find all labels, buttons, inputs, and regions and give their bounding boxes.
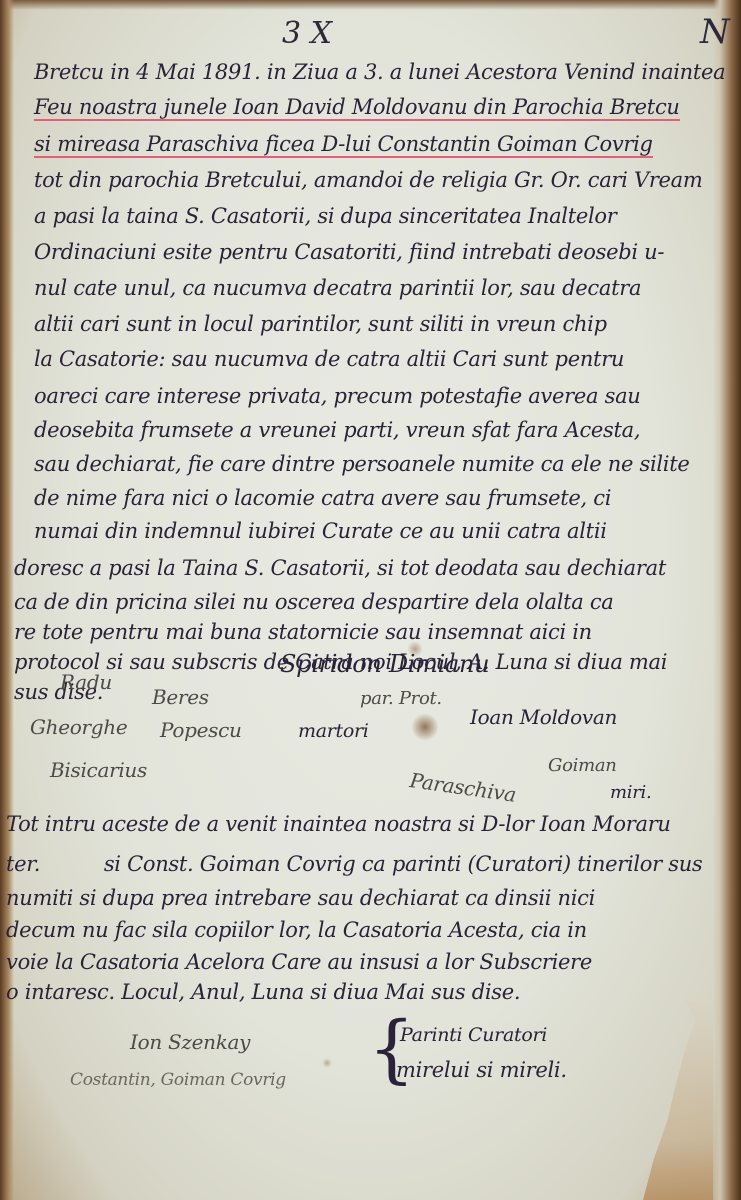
page-edge-left <box>0 0 14 1200</box>
body-line-11: deosebita frumsete a vreunei parti, vreu… <box>34 418 640 442</box>
parent-2-signature: Costantin, Goiman Covrig <box>70 1070 286 1090</box>
witnesses-label: martori <box>298 720 369 742</box>
second-line-2: ter. si Const. Goiman Covrig ca parinti … <box>6 852 702 876</box>
body-line-7: nul cate unul, ca nucumva decatra parint… <box>34 276 641 300</box>
page-mark-number: 3 X <box>282 16 332 51</box>
witness-radu: Radu <box>60 670 112 694</box>
body-line-6: Ordinaciuni esite pentru Casatoriti, fii… <box>34 240 664 264</box>
groom-entry: Feu noastra junele Ioan David Moldovanu … <box>34 95 680 121</box>
page-edge-top <box>0 0 741 10</box>
priest-title: par. Prot. <box>360 688 442 709</box>
parents-label-2: mirelui si mireli. <box>396 1058 567 1082</box>
witness-gheorghe: Gheorghe <box>30 715 127 739</box>
body-line-1: Bretcu in 4 Mai 1891. in Ziua a 3. a lun… <box>34 60 725 84</box>
body-line-17: re tote pentru mai buna statornicie sau … <box>14 620 592 644</box>
body-line-4: tot din parochia Bretcului, amandoi de r… <box>34 168 703 192</box>
priest-signature: Spiridon Dimianu <box>280 650 489 678</box>
body-line-2: Feu noastra junele Ioan David Moldovanu … <box>34 95 680 119</box>
body-line-14: numai din indemnul iubirei Curate ce au … <box>34 519 607 543</box>
body-line-13: de nime fara nici o lacomie catra avere … <box>34 486 611 510</box>
bride-signature: Paraschiva <box>408 768 517 807</box>
body-line-10: oareci care interese privata, precum pot… <box>34 384 641 408</box>
body-line-15: doresc a pasi la Taina S. Casatorii, si … <box>14 556 666 580</box>
bride-family-name: Goiman <box>548 755 617 776</box>
second-line-4: decum nu fac sila copiilor lor, la Casat… <box>6 918 587 942</box>
body-line-3: si mireasa Paraschiva ficea D-lui Consta… <box>34 132 653 156</box>
page-edge-right <box>713 0 741 1200</box>
second-line-5: voie la Casatoria Acelora Care au insusi… <box>6 950 592 974</box>
body-line-12: sau dechiarat, fie care dintre persoanel… <box>34 452 690 476</box>
couple-label: miri. <box>610 782 651 803</box>
bride-entry: si mireasa Paraschiva ficea D-lui Consta… <box>34 132 653 158</box>
torn-corner <box>643 1000 713 1200</box>
register-page: 3 X N Bretcu in 4 Mai 1891. in Ziua a 3.… <box>0 0 741 1200</box>
ink-stain <box>322 1058 332 1068</box>
groom-signature: Ioan Moldovan <box>470 705 617 729</box>
ink-stain <box>412 712 438 742</box>
body-line-8: altii cari sunt in locul parintilor, sun… <box>34 312 607 336</box>
witness-beres: Beres <box>152 685 209 709</box>
witness-bisicarius: Bisicarius <box>50 758 147 782</box>
body-line-5: a pasi la taina S. Casatorii, si dupa si… <box>34 204 617 228</box>
parent-1-signature: Ion Szenkay <box>130 1030 250 1054</box>
witness-popescu: Popescu <box>160 718 242 742</box>
body-line-16: ca de din pricina silei nu oscerea despa… <box>14 590 614 614</box>
body-line-9: la Casatorie: sau nucumva de catra altii… <box>34 347 624 371</box>
second-line-1: Tot intru aceste de a venit inaintea noa… <box>6 812 671 836</box>
second-line-6: o intaresc. Locul, Anul, Luna si diua Ma… <box>6 980 520 1004</box>
page-mark-corner: N <box>700 12 730 52</box>
parents-label-1: Parinti Curatori <box>400 1024 547 1046</box>
second-line-3: numiti si dupa prea intrebare sau dechia… <box>6 886 595 910</box>
